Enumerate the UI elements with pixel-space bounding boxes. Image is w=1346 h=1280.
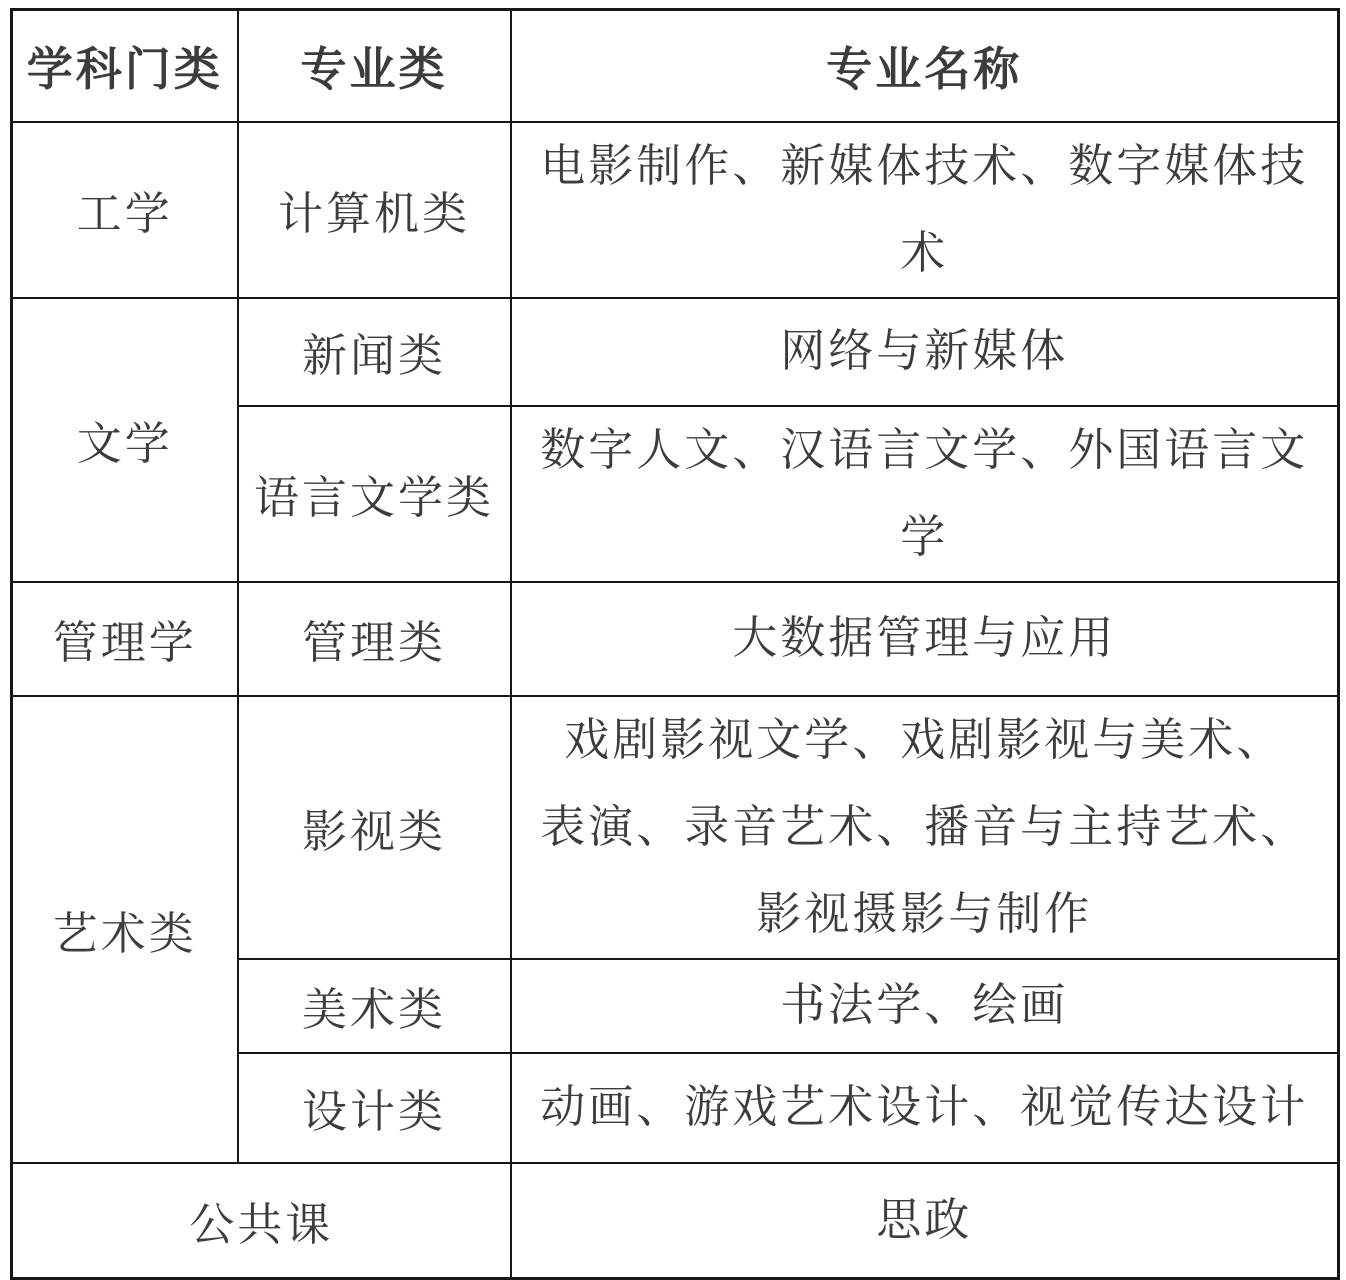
table-row-literature-news: 文学 新闻类 网络与新媒体	[12, 298, 1339, 406]
table-row-public-course: 公共课 思政	[12, 1163, 1339, 1279]
cell-majors-film: 戏剧影视文学、戏剧影视与美术、 表演、录音艺术、播音与主持艺术、 影视摄影与制作	[511, 696, 1339, 959]
cell-class-news: 新闻类	[238, 298, 511, 406]
cell-majors-fineart: 书法学、绘画	[511, 959, 1339, 1053]
majors-table-container: 学科门类 专业类 专业名称 工学 计算机类 电影制作、新媒体技术、数字媒体技术 …	[10, 8, 1337, 1280]
header-row: 学科门类 专业类 专业名称	[12, 10, 1339, 122]
cell-public-course-value: 思政	[511, 1163, 1339, 1279]
cell-class-language: 语言文学类	[238, 406, 511, 582]
cell-class-film: 影视类	[238, 696, 511, 959]
cell-discipline-arts: 艺术类	[12, 696, 238, 1163]
table-row-management: 管理学 管理类 大数据管理与应用	[12, 582, 1339, 696]
cell-majors-management: 大数据管理与应用	[511, 582, 1339, 696]
majors-table: 学科门类 专业类 专业名称 工学 计算机类 电影制作、新媒体技术、数字媒体技术 …	[10, 8, 1340, 1280]
cell-majors-language: 数字人文、汉语言文学、外国语言文学	[511, 406, 1339, 582]
cell-class-design: 设计类	[238, 1053, 511, 1163]
cell-discipline-management: 管理学	[12, 582, 238, 696]
cell-discipline-engineering: 工学	[12, 122, 238, 298]
cell-class-fineart: 美术类	[238, 959, 511, 1053]
table-row-arts-film: 艺术类 影视类 戏剧影视文学、戏剧影视与美术、 表演、录音艺术、播音与主持艺术、…	[12, 696, 1339, 959]
table-row-engineering: 工学 计算机类 电影制作、新媒体技术、数字媒体技术	[12, 122, 1339, 298]
cell-majors-design: 动画、游戏艺术设计、视觉传达设计	[511, 1053, 1339, 1163]
cell-majors-computer: 电影制作、新媒体技术、数字媒体技术	[511, 122, 1339, 298]
header-major-class: 专业类	[238, 10, 511, 122]
cell-public-course-label: 公共课	[12, 1163, 511, 1279]
cell-class-management: 管理类	[238, 582, 511, 696]
header-major-name: 专业名称	[511, 10, 1339, 122]
cell-majors-news: 网络与新媒体	[511, 298, 1339, 406]
cell-discipline-literature: 文学	[12, 298, 238, 582]
header-discipline-category: 学科门类	[12, 10, 238, 122]
cell-class-computer: 计算机类	[238, 122, 511, 298]
